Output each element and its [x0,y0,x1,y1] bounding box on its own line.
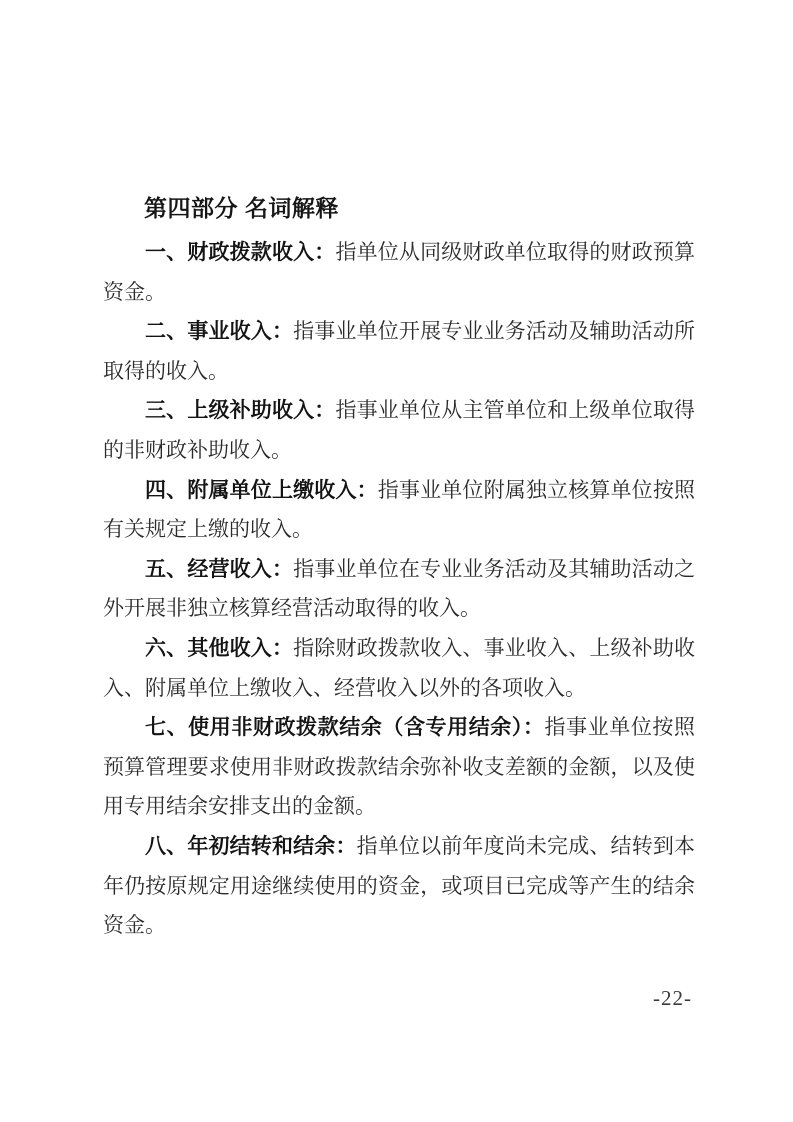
term-label: 三、上级补助收入： [145,398,335,422]
term-label: 七、使用非财政拨款结余（含专用结余）： [145,715,545,739]
term-paragraph: 六、其他收入：指除财政拨款收入、事业收入、上级补助收入、附属单位上缴收入、经营收… [103,629,695,708]
term-label: 八、年初结转和结余： [145,834,357,858]
term-label: 一、财政拨款收入： [145,240,335,264]
document-page: 第四部分 名词解释 一、财政拨款收入：指单位从同级财政单位取得的财政预算资金。 … [0,0,793,1122]
term-paragraph: 八、年初结转和结余：指单位以前年度尚未完成、结转到本年仍按原规定用途继续使用的资… [103,827,695,946]
term-paragraph: 五、经营收入：指事业单位在专业业务活动及其辅助活动之外开展非独立核算经营活动取得… [103,550,695,629]
term-label: 四、附属单位上缴收入： [145,478,378,502]
term-paragraph: 一、财政拨款收入：指单位从同级财政单位取得的财政预算资金。 [103,233,695,312]
term-label: 五、经营收入： [145,557,293,581]
term-label: 二、事业收入： [145,319,293,343]
term-paragraph: 三、上级补助收入：指事业单位从主管单位和上级单位取得的非财政补助收入。 [103,391,695,470]
section-heading: 第四部分 名词解释 [103,186,695,230]
term-paragraph: 四、附属单位上缴收入：指事业单位附属独立核算单位按照有关规定上缴的收入。 [103,471,695,550]
term-paragraph: 七、使用非财政拨款结余（含专用结余）：指事业单位按照预算管理要求使用非财政拨款结… [103,708,695,827]
term-paragraph: 二、事业收入：指事业单位开展专业业务活动及辅助活动所取得的收入。 [103,312,695,391]
glossary-section: 第四部分 名词解释 一、财政拨款收入：指单位从同级财政单位取得的财政预算资金。 … [103,186,695,946]
page-number: -22- [653,986,692,1011]
term-label: 六、其他收入： [145,636,293,660]
